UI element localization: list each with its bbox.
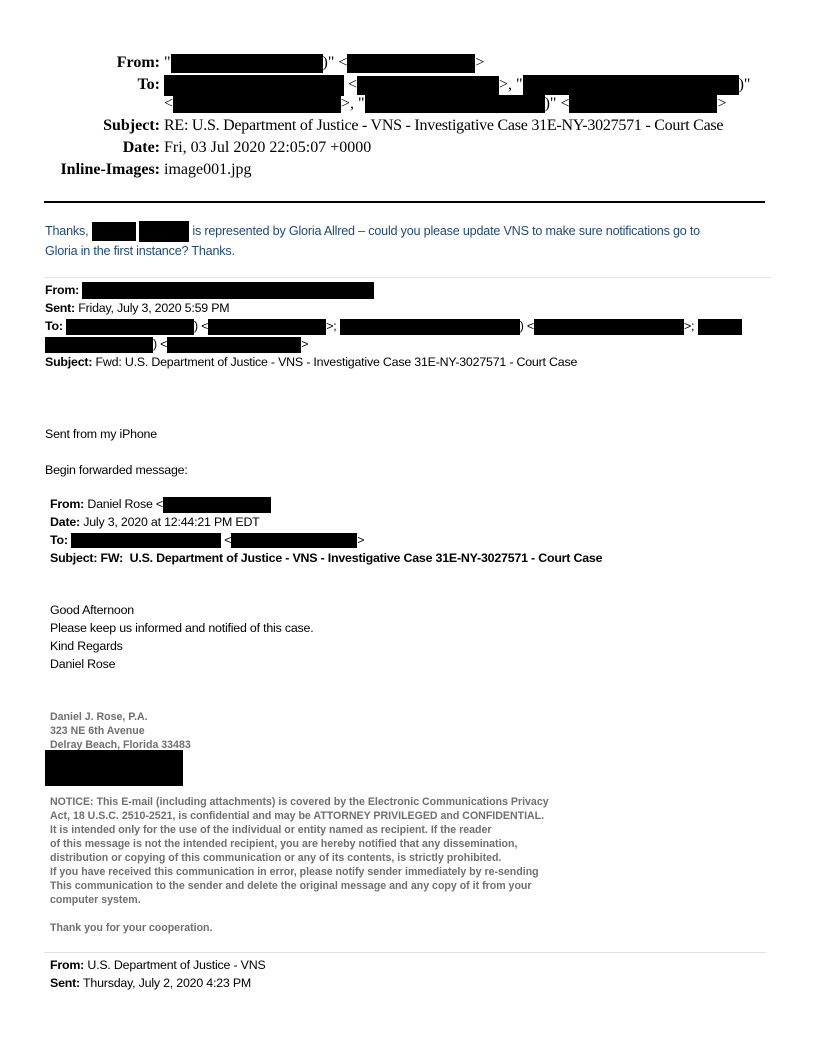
redaction [71, 533, 221, 548]
older-sent-row: Sent: Thursday, July 2, 2020 4:23 PM [50, 974, 251, 992]
fw-from-row: From: Daniel Rose < [50, 495, 271, 513]
from-label: From: [0, 52, 160, 74]
fwd-to-row-line2: ) <> [45, 335, 308, 353]
to-label: To: [0, 74, 160, 96]
redaction [357, 76, 499, 95]
redaction [340, 319, 520, 335]
redaction [698, 319, 742, 335]
sent-from-iphone: Sent from my iPhone [45, 425, 157, 443]
fwd-subject-row: Subject: Fwd: U.S. Department of Justice… [45, 353, 577, 371]
fwd-to-row: To: ) <>; ) <>; [45, 317, 742, 335]
redaction [208, 319, 326, 335]
older-divider [44, 952, 766, 953]
to-value-line2: <>, ")" <> [164, 93, 727, 115]
fw-to-row: To: <> [50, 531, 364, 549]
legal-notice: NOTICE: This E-mail (including attachmen… [50, 795, 549, 935]
redaction [66, 319, 194, 335]
redaction [139, 221, 189, 242]
redaction [534, 319, 684, 335]
redaction [92, 222, 136, 241]
redaction [45, 750, 183, 786]
redaction [365, 95, 545, 113]
body-line: Kind Regards [50, 637, 123, 655]
date-value: Fri, 03 Jul 2020 22:05:07 +0000 [164, 137, 371, 159]
fwd-sent-row: Sent: Friday, July 3, 2020 5:59 PM [45, 299, 229, 317]
fwd-from-row: From: [45, 281, 374, 299]
redaction [171, 54, 323, 73]
subject-value: RE: U.S. Department of Justice - VNS - I… [164, 115, 723, 137]
top-email-header: From: ")" <> To: <>, ")" <>, ")" <> Subj… [0, 52, 816, 192]
body-line: Daniel Rose [50, 655, 115, 673]
signature-line: 323 NE 6th Avenue [50, 724, 145, 738]
redaction [167, 337, 301, 353]
redaction [347, 54, 475, 73]
subject-label: Subject: [0, 115, 160, 137]
older-from-row: From: U.S. Department of Justice - VNS [50, 956, 266, 974]
redaction [569, 95, 717, 113]
body-line: Good Afternoon [50, 601, 134, 619]
date-label: Date: [0, 137, 160, 159]
reply-divider [44, 277, 771, 278]
body-line: Please keep us informed and notified of … [50, 619, 313, 637]
redaction [82, 282, 374, 299]
header-divider [44, 201, 765, 203]
begin-forwarded: Begin forwarded message: [45, 461, 188, 479]
reply-message: Thanks, is represented by Gloria Allred … [45, 221, 765, 261]
inline-images-value[interactable]: image001.jpg [164, 159, 252, 181]
fw-date-row: Date: July 3, 2020 at 12:44:21 PM EDT [50, 513, 260, 531]
redaction [231, 533, 357, 548]
redaction [163, 497, 271, 513]
fw-subject-row: Subject: FW: U.S. Department of Justice … [50, 549, 602, 567]
signature-line: Daniel J. Rose, P.A. [50, 710, 148, 724]
inline-images-label: Inline-Images: [0, 159, 160, 181]
from-value: ")" <> [164, 52, 484, 74]
redaction [45, 337, 153, 353]
redaction [173, 95, 341, 113]
